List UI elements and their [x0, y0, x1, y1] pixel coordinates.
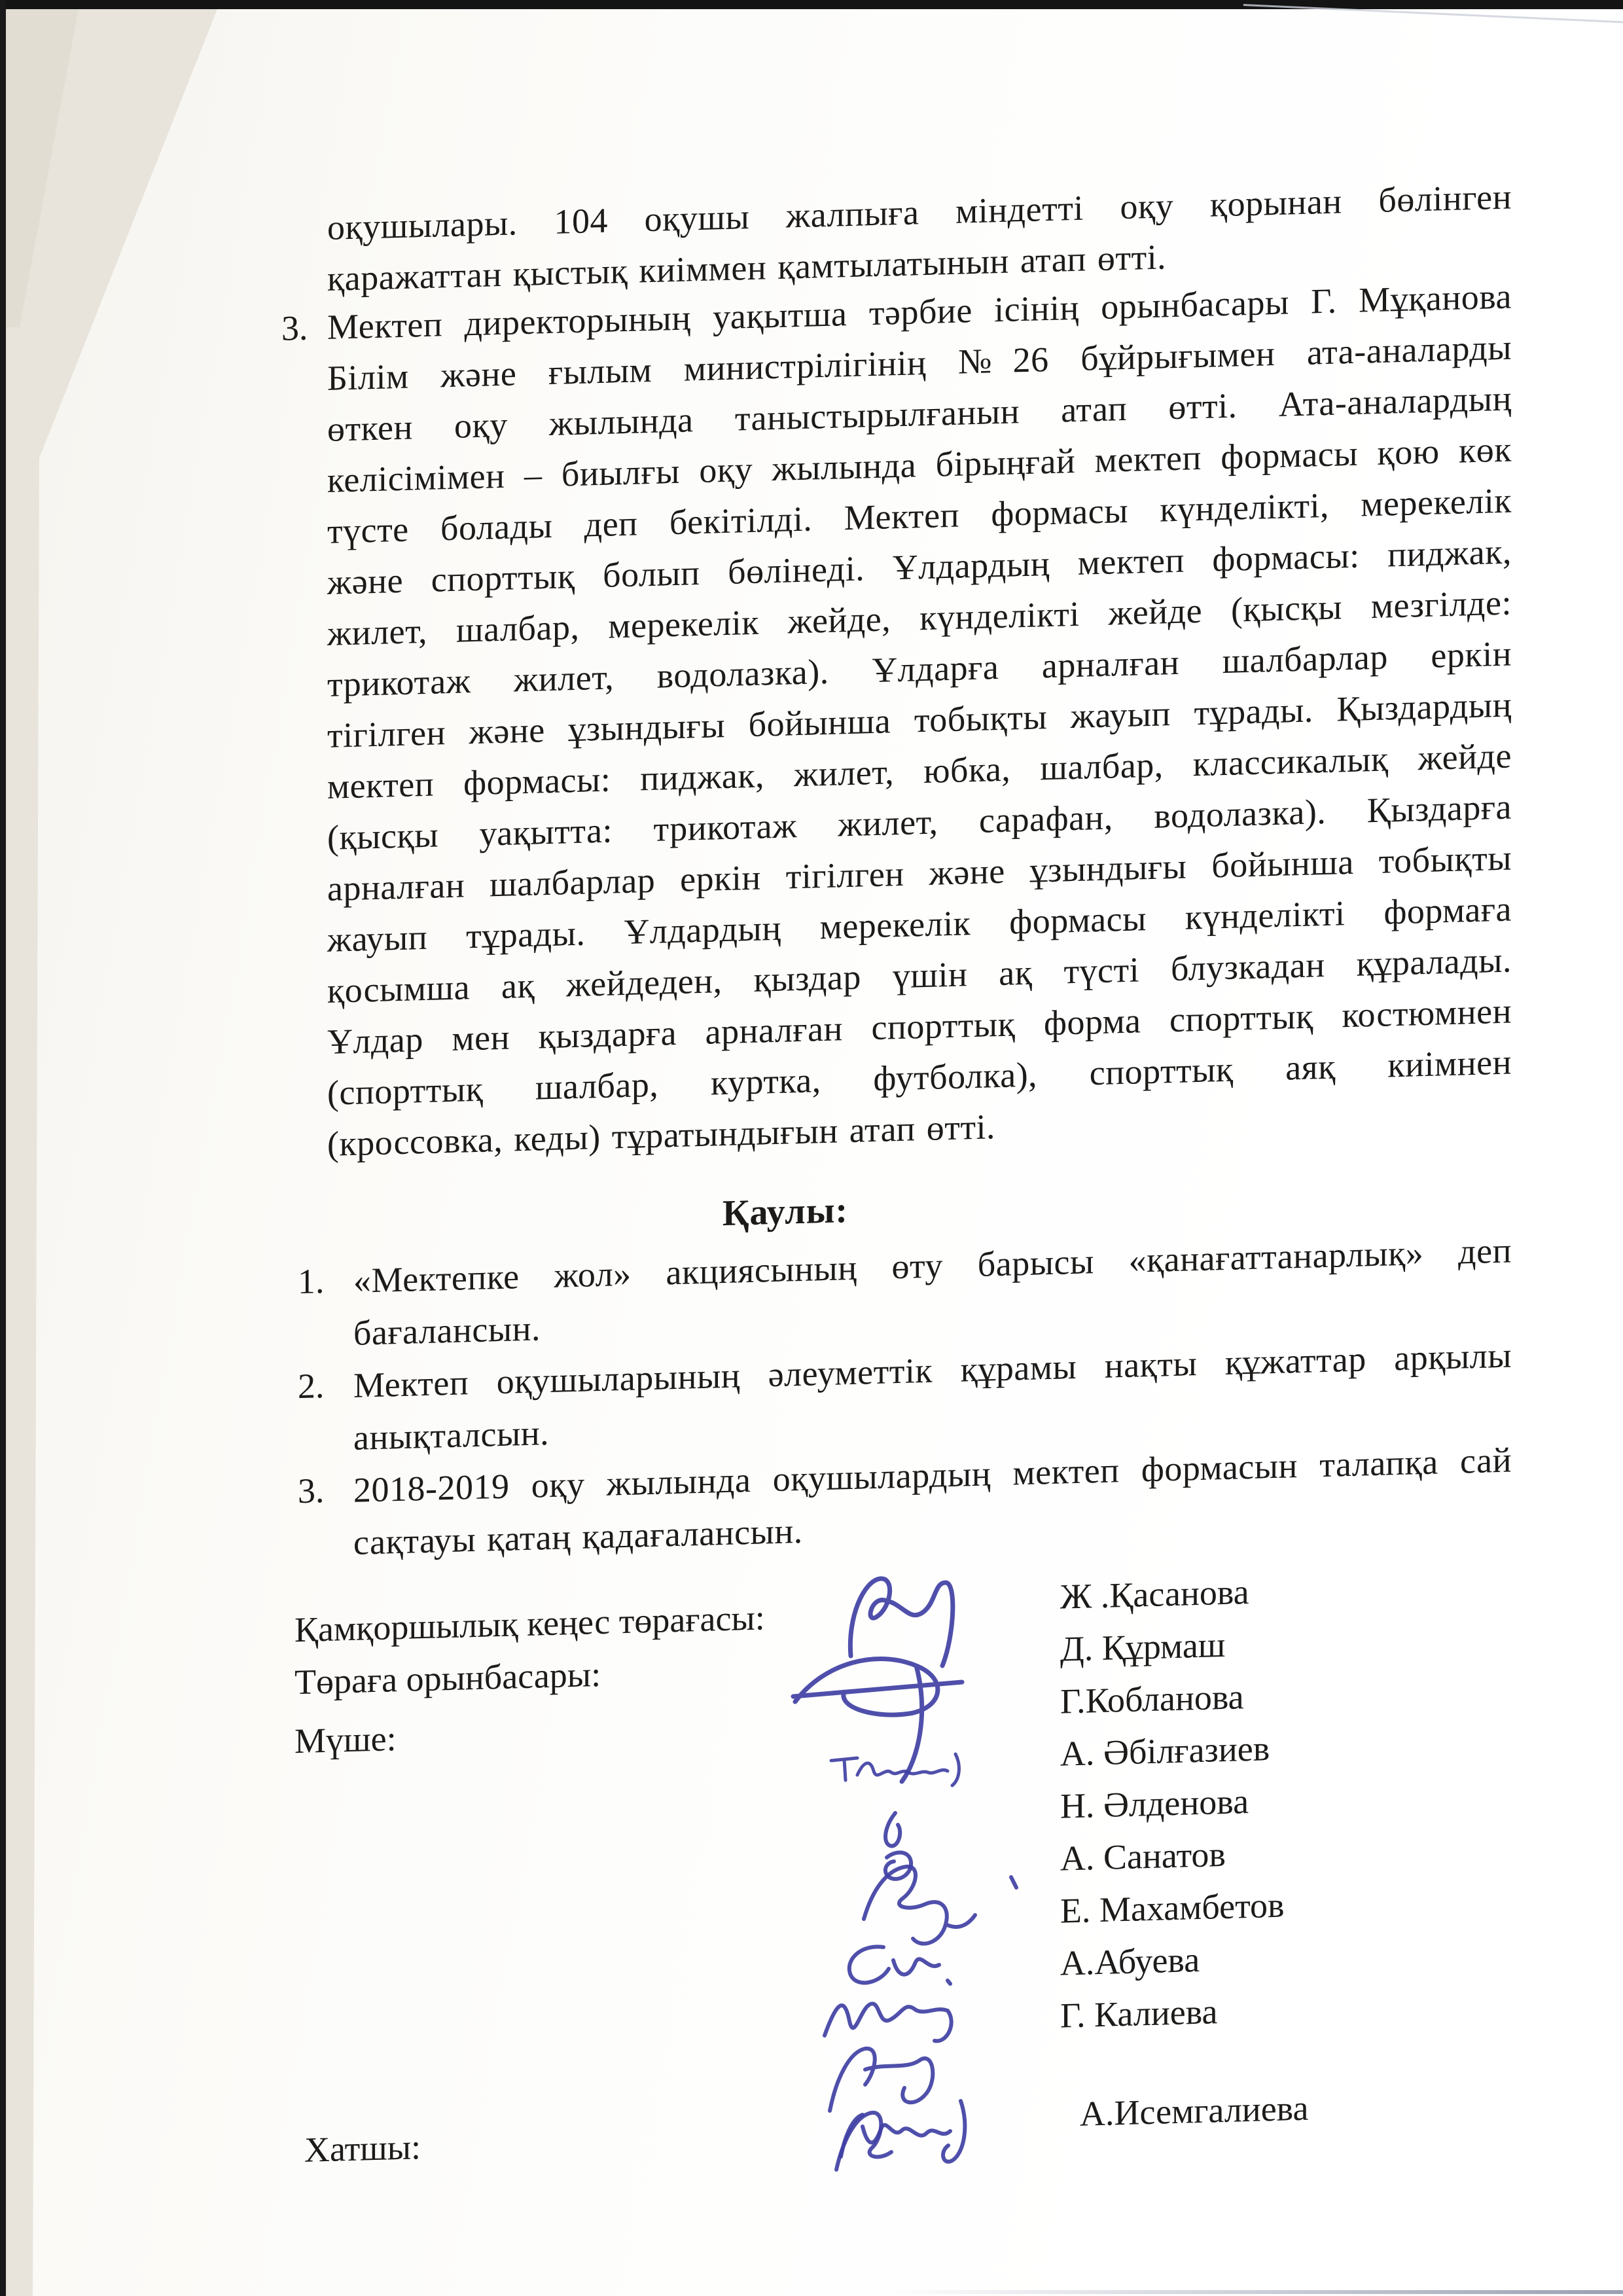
signature-member-makhambetov — [825, 2003, 952, 2041]
signature-member-abueva — [830, 2049, 933, 2111]
signature-member-aldenova — [864, 1867, 1016, 1944]
signature-deputy-chairman — [793, 1659, 962, 1782]
scanned-document-page: оқушылары. 104 оқушы жалпыға міндетті оқ… — [0, 0, 1623, 2296]
signature-chairman — [850, 1579, 952, 1666]
signature-secretary — [841, 2101, 965, 2162]
handwritten-signatures — [0, 0, 1623, 2296]
signature-member-sanatov — [849, 1946, 950, 1984]
signature-member-koblanova — [831, 1754, 959, 1785]
